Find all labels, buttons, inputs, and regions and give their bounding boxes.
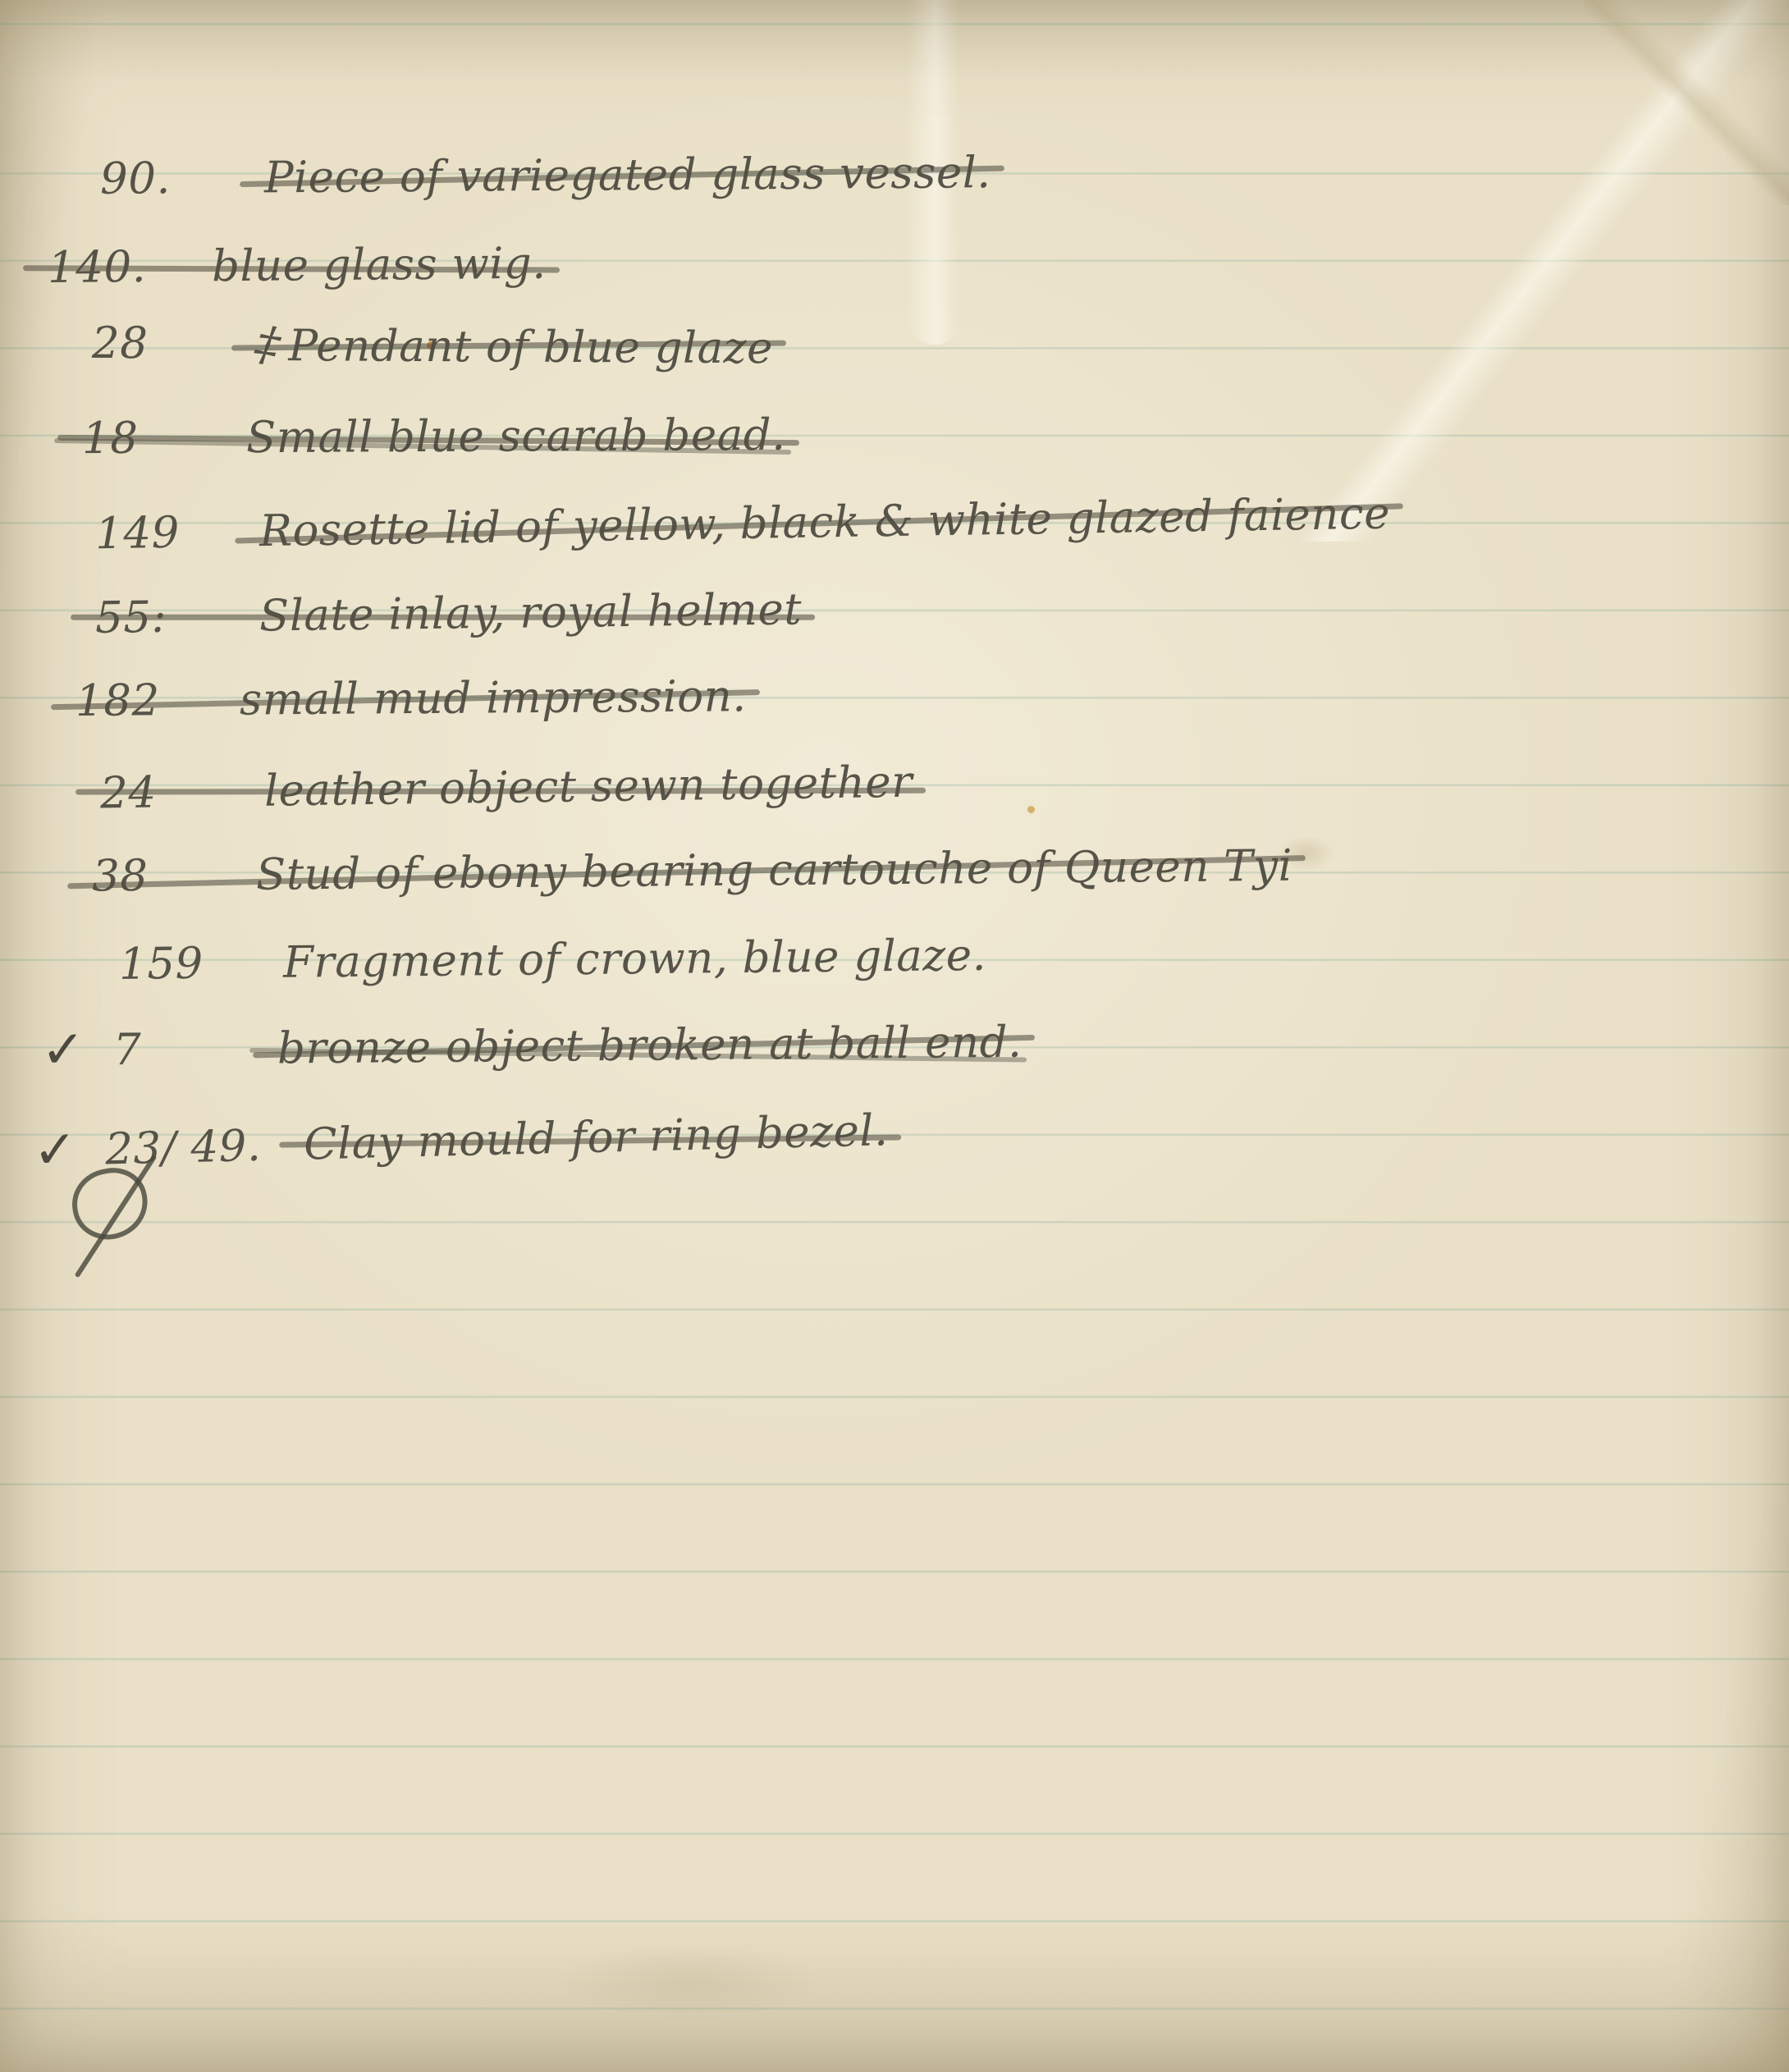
crossed-circle-mark — [71, 1150, 169, 1282]
entry-line: 55: Slate inlay, royal helmet — [95, 584, 803, 643]
entry-number: 140. — [48, 241, 170, 292]
entry-text: Clay mould for ring bezel. — [303, 1105, 888, 1169]
entry-number: 38 — [92, 850, 214, 901]
entry-line: 90. Piece of variegated glass vessel. — [100, 148, 991, 204]
entry-text: Fragment of crown, blue glaze. — [283, 930, 986, 987]
entry-row: 38 Stud of ebony bearing cartouche of Qu… — [0, 817, 1789, 920]
entry-number: 90. — [100, 153, 222, 204]
entry-text: Piece of variegated glass vessel. — [264, 148, 991, 203]
entry-line: 140. blue glass wig. — [48, 238, 547, 292]
entry-number: 28 — [92, 318, 213, 368]
entry-number: 24 — [100, 766, 222, 818]
entry-line: 38 Stud of ebony bearing cartouche of Qu… — [92, 840, 1293, 901]
entry-text: Rosette lid of yellow, black & white gla… — [259, 488, 1391, 556]
entry-line: 182 small mud impression. — [75, 671, 747, 726]
false-start-mark: ‡ — [252, 314, 285, 373]
entry-number: 7 — [113, 1024, 236, 1075]
entry-number: 159 — [119, 938, 241, 990]
entry-line: 159 Fragment of crown, blue glaze. — [119, 930, 986, 989]
entry-row: 159 Fragment of crown, blue glaze. — [0, 903, 1789, 1009]
paper-stain — [558, 1945, 821, 2019]
entry-list: 90. Piece of variegated glass vessel. 14… — [0, 130, 1789, 1173]
margin-checkmark: ✓ — [41, 1023, 114, 1077]
entry-line: 7 bronze object broken at ball end. — [113, 1017, 1023, 1075]
entry-number: 55: — [95, 592, 217, 643]
entry-line: 18 Small blue scarab bead. — [82, 409, 786, 463]
notebook-page: 90. Piece of variegated glass vessel. 14… — [0, 0, 1789, 2072]
entry-line: 28 ‡Pendant of blue glaze — [92, 315, 773, 374]
entry-line: 24 leather object sewn together — [100, 757, 913, 818]
entry-text: blue glass wig. — [212, 238, 547, 291]
entry-text: Slate inlay, royal helmet — [259, 584, 803, 641]
entry-number: 18 — [82, 413, 204, 464]
entry-row: 90. Piece of variegated glass vessel. — [0, 123, 1789, 222]
entry-number: 182 — [75, 675, 197, 725]
entry-text: Stud of ebony bearing cartouche of Queen… — [256, 840, 1293, 899]
entry-text: bronze object broken at ball end. — [277, 1017, 1023, 1073]
entry-line: 23/ 49. Clay mould for ring bezel. — [105, 1105, 889, 1174]
entry-row: 140. blue glass wig. — [0, 208, 1789, 311]
entry-text: Small blue scarab bead. — [246, 409, 786, 462]
entry-text: leather object sewn together — [264, 757, 913, 816]
entry-row: 28 ‡Pendant of blue glaze — [0, 299, 1789, 395]
entry-number: 149 — [95, 506, 217, 558]
entry-text: small mud impression. — [240, 671, 747, 725]
entry-line: 149 Rosette lid of yellow, black & white… — [95, 488, 1391, 559]
entry-text: ‡Pendant of blue glaze — [256, 316, 773, 374]
